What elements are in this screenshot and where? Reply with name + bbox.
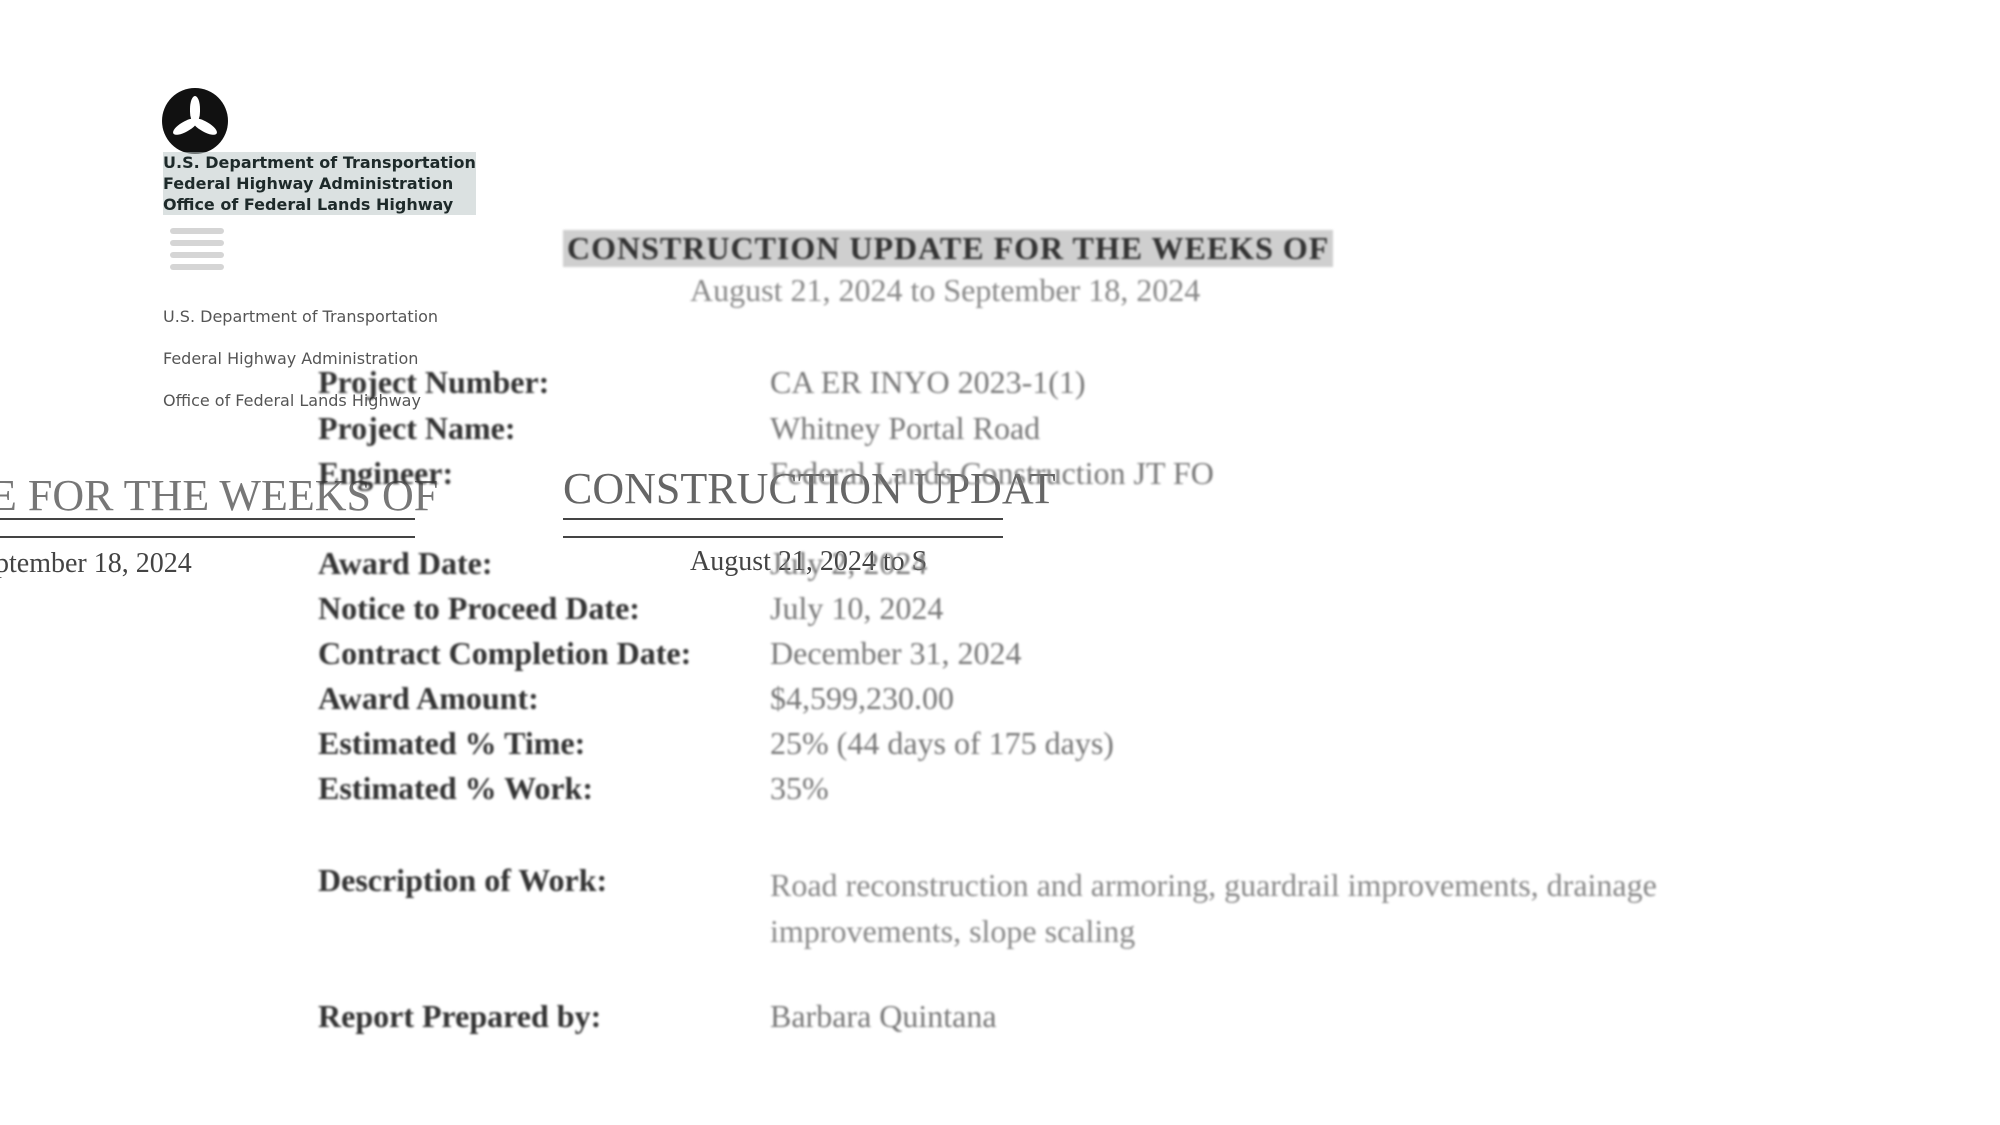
field-value: Whitney Portal Road <box>770 410 1040 447</box>
field-value: December 31, 2024 <box>770 635 1021 672</box>
agency-line: Federal Highway Administration <box>163 173 476 194</box>
ghost-date-left: ptember 18, 2024 <box>0 548 192 580</box>
ghost-rule-right-2 <box>563 536 1003 538</box>
field-label: Project Number: <box>318 364 549 401</box>
ghost-rule-left <box>0 518 415 520</box>
ghost-seal-icon <box>166 222 228 290</box>
field-label: Contract Completion Date: <box>318 635 691 672</box>
field-value: CA ER INYO 2023-1(1) <box>770 364 1086 401</box>
field-value: $4,599,230.00 <box>770 680 954 717</box>
field-value: July 2, 2024 <box>770 545 927 582</box>
agency-line: U.S. Department of Transportation <box>163 152 476 173</box>
agency-line: Office of Federal Lands Highway <box>163 194 476 215</box>
description-of-work: Road reconstruction and armoring, guardr… <box>770 862 1710 954</box>
ghost-rule-right <box>563 518 1003 520</box>
field-label: Project Name: <box>318 410 516 447</box>
field-label: Notice to Proceed Date: <box>318 590 640 627</box>
field-label: Engineer: <box>318 455 453 492</box>
field-label: Estimated % Time: <box>318 725 585 762</box>
field-label: Award Date: <box>318 545 492 582</box>
field-value: July 10, 2024 <box>770 590 943 627</box>
agency-name-block: U.S. Department of Transportation Federa… <box>163 152 476 215</box>
prepared-by-label: Report Prepared by: <box>318 998 601 1035</box>
field-value: 25% (44 days of 175 days) <box>770 725 1114 762</box>
description-label: Description of Work: <box>318 862 607 899</box>
report-date-range: August 21, 2024 to September 18, 2024 <box>690 272 1200 309</box>
field-label: Estimated % Work: <box>318 770 593 807</box>
field-value: 35% <box>770 770 829 807</box>
dot-seal-icon <box>162 88 228 154</box>
prepared-by-value: Barbara Quintana <box>770 998 997 1035</box>
report-title: CONSTRUCTION UPDATE FOR THE WEEKS OF <box>563 230 1333 267</box>
field-label: Award Amount: <box>318 680 539 717</box>
ghost-agency-line: U.S. Department of Transportation <box>163 306 438 328</box>
field-value: Federal Lands Construction JT FO <box>770 455 1214 492</box>
ghost-rule-left-2 <box>0 536 415 538</box>
